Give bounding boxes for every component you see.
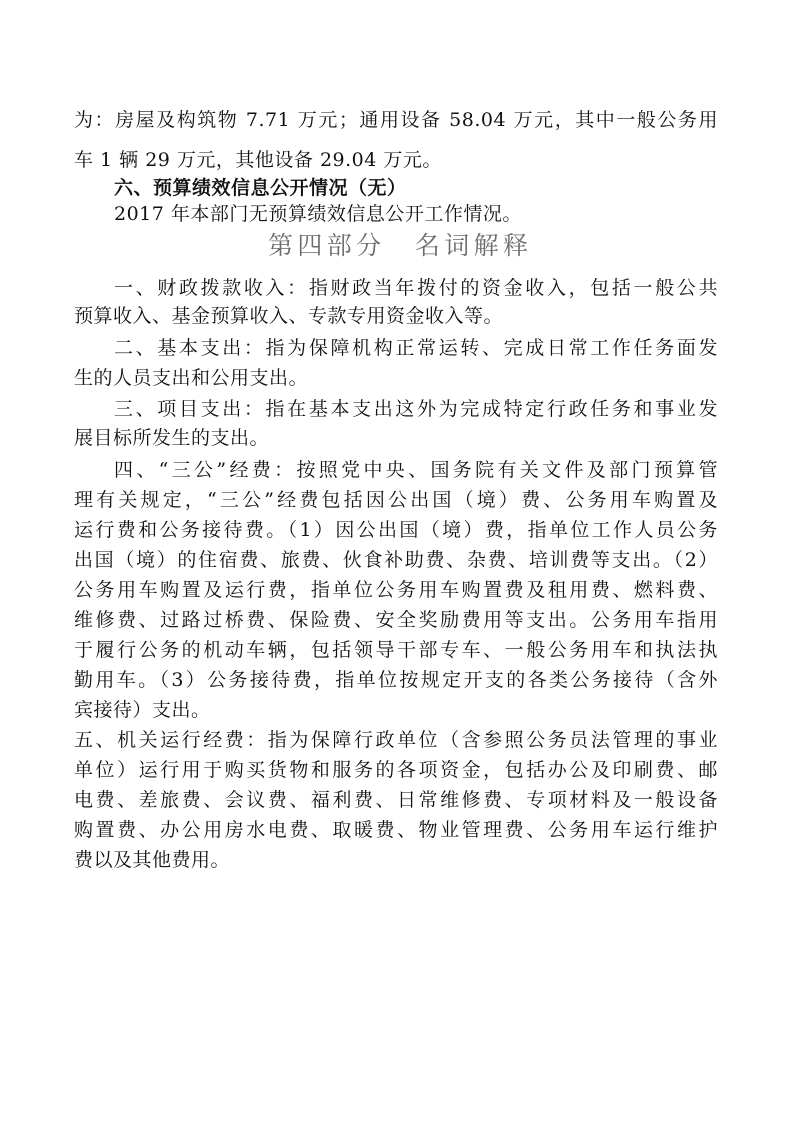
definition-line: 运行费和公务接待费。（1）因公出国（境）费，指单位工作人员公务: [74, 517, 718, 543]
definition-line: 维修费、过路过桥费、保险费、安全奖励费用等支出。公务用车指用: [74, 607, 718, 633]
definition-line: 预算收入、基金预算收入、专款专用资金收入等。: [74, 303, 718, 329]
definition-line: 宾接待）支出。: [74, 697, 718, 723]
definition-line: 一、财政拨款收入：指财政当年拨付的资金收入，包括一般公共: [114, 275, 718, 301]
definition-line: 购置费、办公用房水电费、取暖费、物业管理费、公务用车运行维护: [74, 817, 718, 843]
definition-line: 五、机关运行经费：指为保障行政单位（含参照公务员法管理的事业: [74, 727, 718, 753]
definition-line: 公务用车购置及运行费，指单位公务用车购置费及租用费、燃料费、: [74, 577, 718, 603]
definition-line: 三、项目支出：指在基本支出这外为完成特定行政任务和事业发: [114, 396, 718, 422]
document-page: 为：房屋及构筑物 7.71 万元；通用设备 58.04 万元，其中一般公务用 车…: [0, 0, 793, 1122]
definition-line: 生的人员支出和公用支出。: [74, 365, 718, 391]
part-title: 第四部分 名词解释: [268, 231, 528, 261]
definition-line: 电费、差旅费、会议费、福利费、日常维修费、专项材料及一般设备: [74, 787, 718, 813]
definition-line: 勤用车。（3）公务接待费，指单位按规定开支的各类公务接待（含外: [74, 667, 718, 693]
definition-line: 理有关规定，“三公”经费包括因公出国（境）费、公务用车购置及: [74, 487, 718, 513]
definition-line: 出国（境）的住宿费、旅费、伙食补助费、杂费、培训费等支出。（2）: [74, 547, 718, 573]
section-heading: 六、预算绩效信息公开情况（无）: [114, 175, 407, 201]
paragraph-line: 车 1 辆 29 万元，其他设备 29.04 万元。: [74, 147, 718, 173]
paragraph-line: 为：房屋及构筑物 7.71 万元；通用设备 58.04 万元，其中一般公务用: [74, 107, 718, 133]
definition-line: 四、“三公”经费：按照党中央、国务院有关文件及部门预算管: [114, 457, 718, 483]
definition-line: 展目标所发生的支出。: [74, 425, 718, 451]
definition-line: 费以及其他费用。: [74, 847, 718, 873]
definition-line: 单位）运行用于购买货物和服务的各项资金，包括办公及印刷费、邮: [74, 757, 718, 783]
definition-line: 二、基本支出：指为保障机构正常运转、完成日常工作任务面发: [114, 335, 718, 361]
definition-line: 于履行公务的机动车辆，包括领导干部专车、一般公务用车和执法执: [74, 637, 718, 663]
paragraph-line: 2017 年本部门无预算绩效信息公开工作情况。: [114, 201, 718, 227]
